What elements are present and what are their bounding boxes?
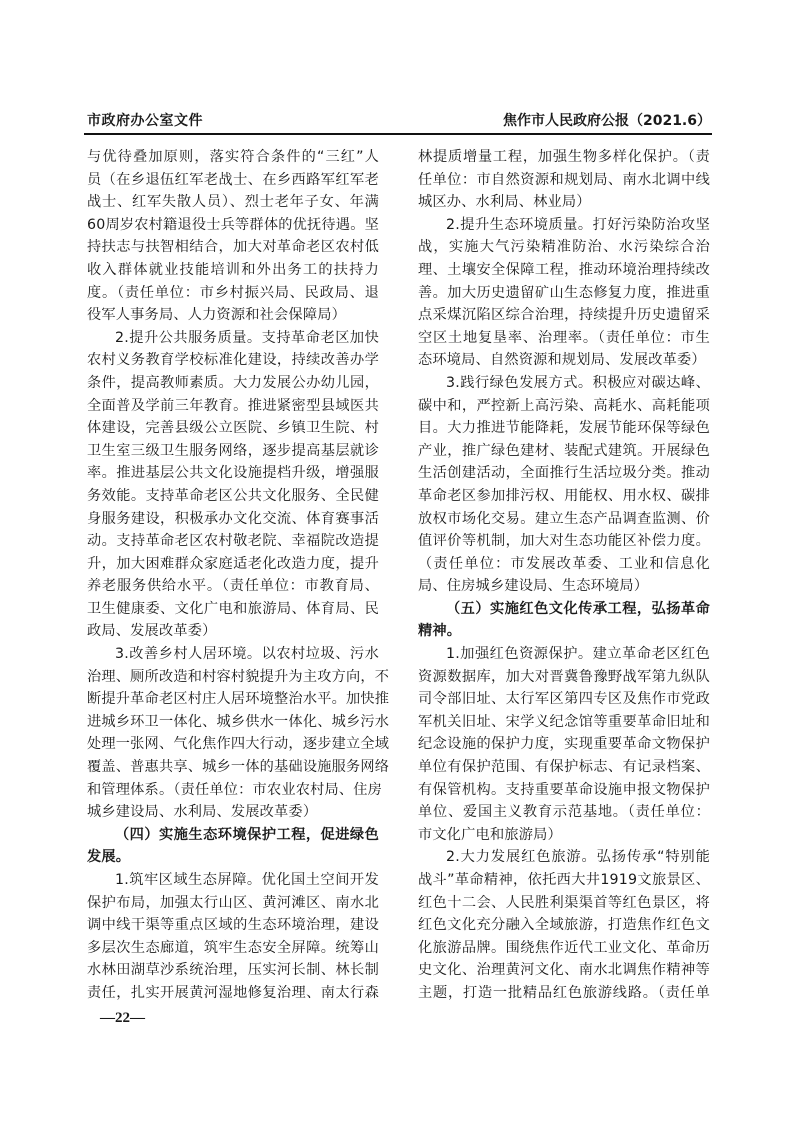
page-number: —22— <box>100 1010 145 1027</box>
text-line: 调中线干渠等重点区域的生态环境治理，建设 <box>87 914 379 937</box>
text-line: 林提质增量工程，加强生物多样化保护。（责 <box>418 146 710 169</box>
text-line: 3.践行绿色发展方式。积极应对碳达峰、 <box>418 372 710 395</box>
text-line: 史文化、治理黄河文化、南水北调焦作精神等 <box>418 959 710 982</box>
text-line: 任单位：市自然资源和规划局、南水北调中线 <box>418 169 710 192</box>
text-line: 战，实施大气污染精准防治、水污染综合治 <box>418 236 710 259</box>
left-column: 与优待叠加原则，落实符合条件的“三红”人员（在乡退伍红军老战士、在乡西路军红军老… <box>87 146 379 1005</box>
text-line: 2.提升生态环境质量。打好污染防治攻坚 <box>418 214 710 237</box>
text-line: 有保管机构。支持重要革命设施申报文物保护 <box>418 779 710 802</box>
text-line: （四）实施生态环境保护工程，促进绿色 <box>87 824 379 847</box>
text-line: 断提升革命老区村庄人居环境整治水平。加快推 <box>87 688 379 711</box>
text-line: 条件，提高教师素质。大力发展公办幼儿园， <box>87 372 379 395</box>
text-line: 保护布局，加强太行山区、黄河滩区、南水北 <box>87 892 379 915</box>
text-line: 务效能。支持革命老区公共文化服务、全民健 <box>87 485 379 508</box>
right-column: 林提质增量工程，加强生物多样化保护。（责任单位：市自然资源和规划局、南水北调中线… <box>418 146 710 1005</box>
text-line: 动。支持革命老区农村敬老院、幸福院改造提 <box>87 530 379 553</box>
publication-title: 焦作市人民政府公报（2021.6） <box>503 110 711 130</box>
text-line: 理、土壤安全保障工程，推动环境治理持续改 <box>418 259 710 282</box>
text-line: 和管理体系。（责任单位：市农业农村局、住房 <box>87 779 379 802</box>
text-line: 化旅游品牌。围绕焦作近代工业文化、革命历 <box>418 937 710 960</box>
text-line: 值评价等机制，加大对生态功能区补偿力度。 <box>418 530 710 553</box>
text-line: 度。（责任单位：市乡村振兴局、民政局、退 <box>87 282 379 305</box>
text-line: 3.改善乡村人居环境。以农村垃圾、污水 <box>87 643 379 666</box>
text-line: 城乡建设局、水利局、发展改革委） <box>87 801 379 824</box>
text-line: （责任单位：市发展改革委、工业和信息化 <box>418 553 710 576</box>
text-line: 善。加大历史遗留矿山生态修复力度，推进重 <box>418 282 710 305</box>
text-line: 生活创建活动，全面推行生活垃圾分类。推动 <box>418 462 710 485</box>
text-line: 员（在乡退伍红军老战士、在乡西路军红军老 <box>87 169 379 192</box>
text-line: 与优待叠加原则，落实符合条件的“三红”人 <box>87 146 379 169</box>
text-line: 司令部旧址、太行军区第四专区及焦作市党政 <box>418 688 710 711</box>
text-line: 产业，推广绿色建材、装配式建筑。开展绿色 <box>418 440 710 463</box>
text-line: 市文化广电和旅游局） <box>418 824 710 847</box>
text-line: 碳中和，严控新上高污染、高耗水、高耗能项 <box>418 395 710 418</box>
text-line: 单位、爱国主义教育示范基地。（责任单位： <box>418 801 710 824</box>
text-line: 精神。 <box>418 620 710 643</box>
text-line: 升，加大困难群众家庭适老化改造力度，提升 <box>87 553 379 576</box>
text-line: 进城乡环卫一体化、城乡供水一体化、城乡污水 <box>87 711 379 734</box>
text-line: 态环境局、自然资源和规划局、发展改革委） <box>418 349 710 372</box>
text-line: 治理、厕所改造和村容村貌提升为主攻方向，不 <box>87 666 379 689</box>
text-line: 体建设，完善县级公立医院、乡镇卫生院、村 <box>87 417 379 440</box>
text-line: 60周岁农村籍退役士兵等群体的优抚待遇。坚 <box>87 214 379 237</box>
text-line: （五）实施红色文化传承工程，弘扬革命 <box>418 598 710 621</box>
text-line: 卫生健康委、文化广电和旅游局、体育局、民 <box>87 598 379 621</box>
text-line: 处理一张网、气化焦作四大行动，逐步建立全域 <box>87 733 379 756</box>
text-line: 覆盖、普惠共享、城乡一体的基础设施服务网络 <box>87 756 379 779</box>
text-line: 责任，扎实开展黄河湿地修复治理、南太行森 <box>87 982 379 1005</box>
text-line: 养老服务供给水平。（责任单位：市教育局、 <box>87 575 379 598</box>
text-line: 革命老区参加排污权、用能权、用水权、碳排 <box>418 485 710 508</box>
running-header: 市政府办公室文件 焦作市人民政府公报（2021.6） <box>87 110 711 132</box>
text-line: 率。推进基层公共文化设施提档升级，增强服 <box>87 462 379 485</box>
text-line: 农村义务教育学校标准化建设，持续改善办学 <box>87 349 379 372</box>
text-line: 2.大力发展红色旅游。弘扬传承“特别能 <box>418 846 710 869</box>
text-line: 单位有保护范围、有保护标志、有记录档案、 <box>418 756 710 779</box>
text-line: 身服务建设，积极承办文化交流、体育赛事活 <box>87 508 379 531</box>
text-line: 持扶志与扶智相结合，加大对革命老区农村低 <box>87 236 379 259</box>
text-line: 发展。 <box>87 846 379 869</box>
text-line: 战斗”革命精神，依托西大井1919文旅景区、 <box>418 869 710 892</box>
text-line: 水林田湖草沙系统治理，压实河长制、林长制 <box>87 959 379 982</box>
text-line: 卫生室三级卫生服务网络，逐步提高基层就诊 <box>87 440 379 463</box>
text-line: 城区办、水利局、林业局） <box>418 191 710 214</box>
text-line: 纪念设施的保护力度，实现重要革命文物保护 <box>418 733 710 756</box>
text-line: 多层次生态廊道，筑牢生态安全屏障。统筹山 <box>87 937 379 960</box>
text-line: 2.提升公共服务质量。支持革命老区加快 <box>87 327 379 350</box>
text-line: 局、住房城乡建设局、生态环境局） <box>418 575 710 598</box>
text-line: 主题，打造一批精品红色旅游线路。（责任单 <box>418 982 710 1005</box>
section-title: 市政府办公室文件 <box>87 110 203 130</box>
text-line: 全面普及学前三年教育。推进紧密型县域医共 <box>87 395 379 418</box>
text-line: 资源数据库，加大对晋冀鲁豫野战军第九纵队 <box>418 666 710 689</box>
text-line: 政局、发展改革委） <box>87 620 379 643</box>
text-line: 空区土地复垦率、治理率。（责任单位：市生 <box>418 327 710 350</box>
text-line: 军机关旧址、宋学义纪念馆等重要革命旧址和 <box>418 711 710 734</box>
text-line: 1.筑牢区域生态屏障。优化国土空间开发 <box>87 869 379 892</box>
text-line: 红色文化充分融入全域旅游，打造焦作红色文 <box>418 914 710 937</box>
text-line: 役军人事务局、人力资源和社会保障局） <box>87 304 379 327</box>
text-line: 1.加强红色资源保护。建立革命老区红色 <box>418 643 710 666</box>
text-line: 点采煤沉陷区综合治理，持续提升历史遗留采 <box>418 304 710 327</box>
text-line: 放权市场化交易。建立生态产品调查监测、价 <box>418 508 710 531</box>
text-line: 收入群体就业技能培训和外出务工的扶持力 <box>87 259 379 282</box>
text-line: 红色十二会、人民胜利渠渠首等红色景区，将 <box>418 892 710 915</box>
header-rule <box>84 133 712 135</box>
text-line: 目。大力推进节能降耗，发展节能环保等绿色 <box>418 417 710 440</box>
text-line: 战士、红军失散人员）、烈士老年子女、年满 <box>87 191 379 214</box>
